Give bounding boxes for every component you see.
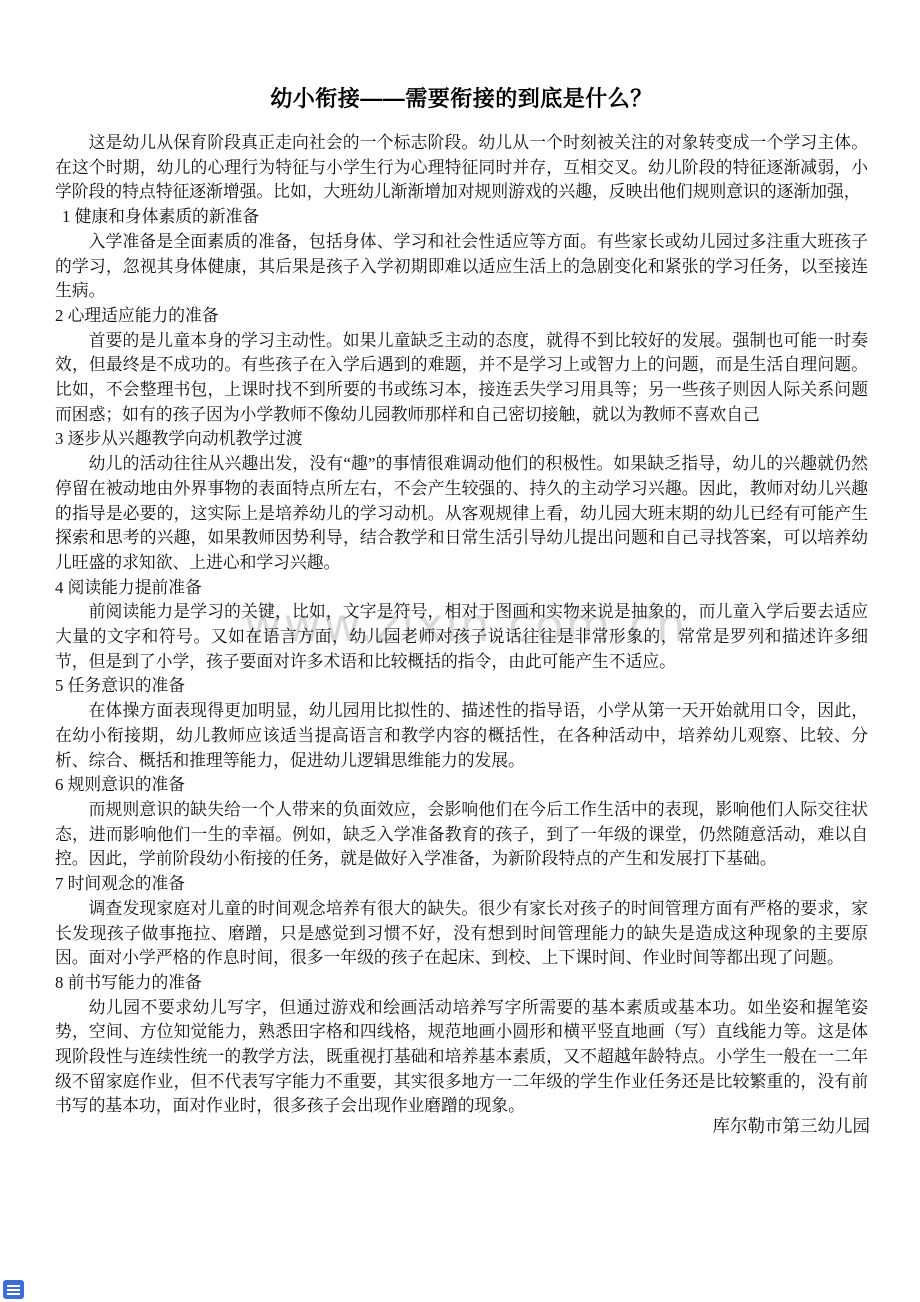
section-heading-7: 7 时间观念的准备 [55,872,868,897]
section-heading-3: 3 逐步从兴趣教学向动机教学过渡 [55,427,868,452]
section-heading-6: 6 规则意识的准备 [55,773,868,798]
signature-kindergarten-name: 库尔勒市第三幼儿园 [713,1114,871,1138]
paragraph-section-3: 幼儿的活动往往从兴趣出发，没有“趣”的事情很难调动他们的积极性。如果缺乏指导，幼… [55,452,868,576]
section-heading-1: 1 健康和身体素质的新准备 [55,205,868,230]
paragraph-intro: 这是幼儿从保育阶段真正走向社会的一个标志阶段。幼儿从一个时刻被关注的对象转变成一… [55,131,868,205]
paragraph-section-2: 首要的是儿童本身的学习主动性。如果儿童缺乏主动的态度，就得不到比较好的发展。强制… [55,329,868,428]
paragraph-section-5: 在体操方面表现得更加明显，幼儿园用比拟性的、描述性的指导语，小学从第一天开始就用… [55,699,868,773]
paragraph-section-6: 而规则意识的缺失给一个人带来的负面效应，会影响他们在今后工作生活中的表现，影响他… [55,798,868,872]
document-title: 幼小衔接——需要衔接的到底是什么？ [55,86,868,112]
corner-doc-icon[interactable] [3,1280,24,1299]
paragraph-section-4: 前阅读能力是学习的关键，比如，文字是符号，相对于图画和实物来说是抽象的，而儿童入… [55,600,868,674]
section-heading-2: 2 心理适应能力的准备 [55,304,868,329]
section-heading-5: 5 任务意识的准备 [55,674,868,699]
paragraph-section-1: 入学准备是全面素质的准备，包括身体、学习和社会性适应等方面。有些家长或幼儿园过多… [55,230,868,304]
document-page: 幼小衔接——需要衔接的到底是什么？ 这是幼儿从保育阶段真正走向社会的一个标志阶段… [0,0,920,1119]
paragraph-section-7: 调查发现家庭对儿童的时间观念培养有很大的缺失。很少有家长对孩子的时间管理方面有严… [55,897,868,971]
section-heading-4: 4 阅读能力提前准备 [55,576,868,601]
section-heading-8: 8 前书写能力的准备 [55,971,868,996]
paragraph-section-8: 幼儿园不要求幼儿写字，但通过游戏和绘画活动培养写字所需要的基本素质或基本功。如坐… [55,996,868,1120]
